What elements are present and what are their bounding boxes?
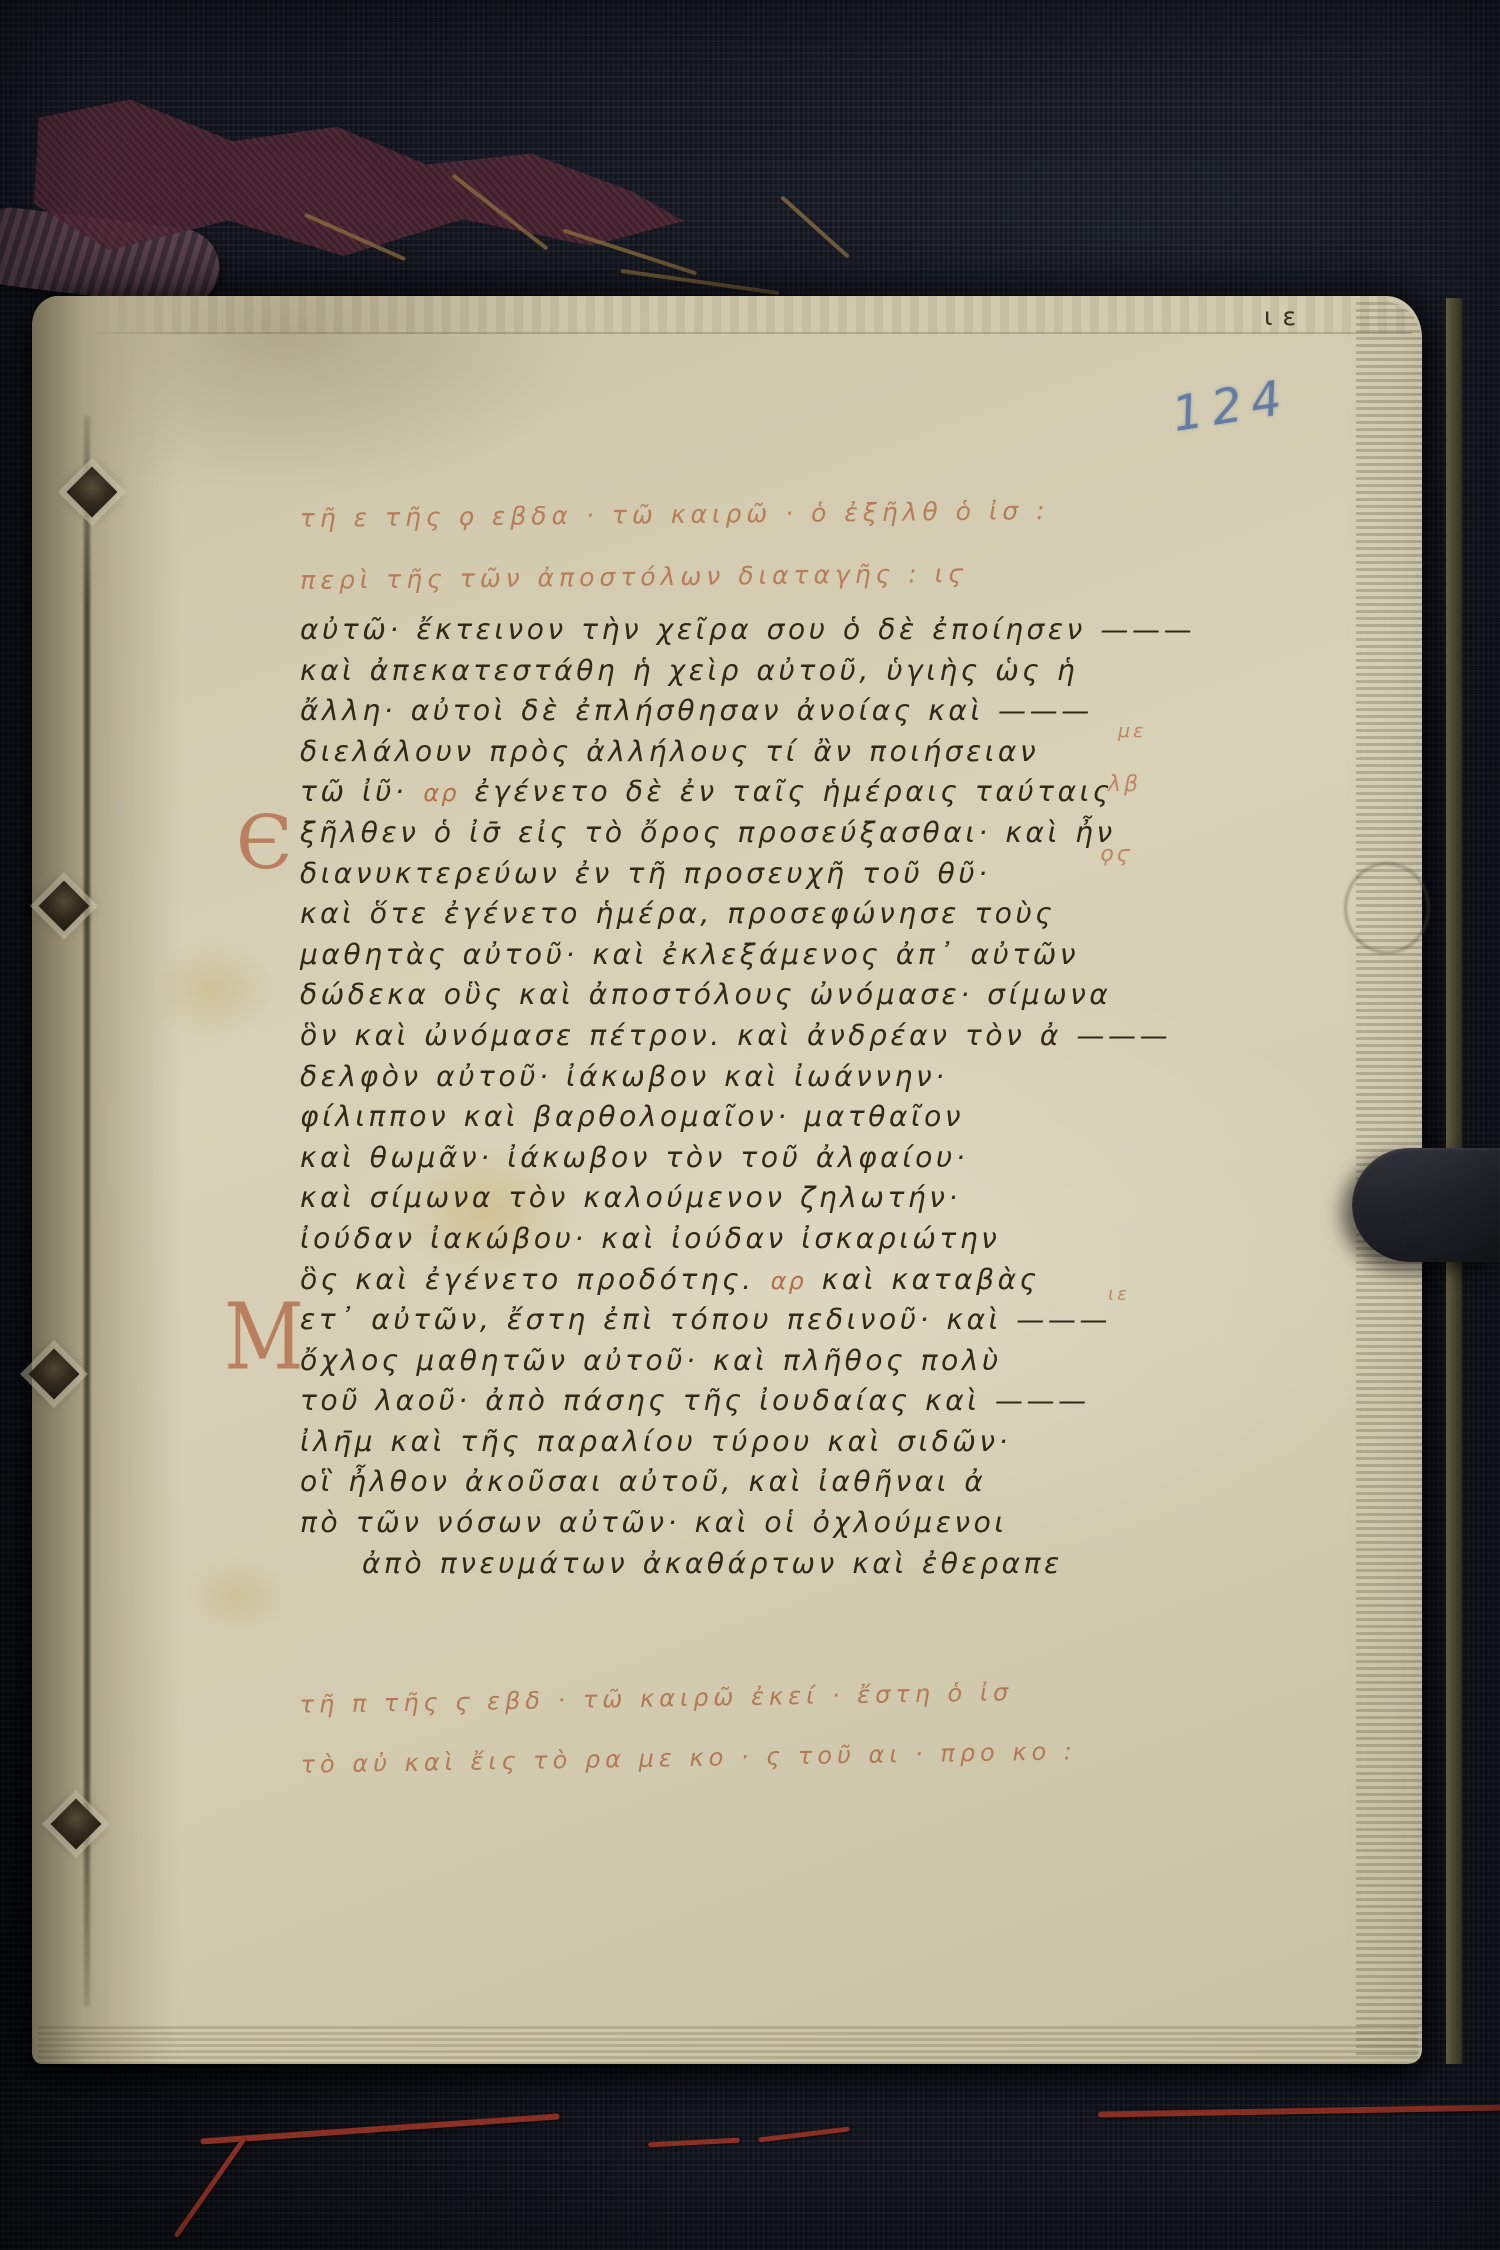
text-line: μαθητὰς αὐτοῦ· καὶ ἐκλεξάμενος ἀπ᾽ αὐτῶν — [300, 935, 1160, 976]
leather-strap — [1352, 1148, 1500, 1262]
text-line: οἳ ἦλθον ἀκοῦσαι αὐτοῦ, καὶ ἰαθῆναι ἀ — [300, 1462, 1160, 1503]
text-line: δελφὸν αὐτοῦ· ἰάκωβον καὶ ἰωάννην· — [300, 1057, 1160, 1098]
main-text-block: αὐτῶ· ἔκτεινον τὴν χεῖρα σου ὁ δὲ ἐποίησ… — [300, 610, 1160, 1584]
text-line-segment: καὶ σίμωνα τὸν καλούμενον ζηλωτήν· — [300, 1181, 961, 1214]
text-line: τοῦ λαοῦ· ἀπὸ πάσης τῆς ἰουδαίας καὶ ——— — [300, 1381, 1160, 1422]
text-line: ξῆλθεν ὁ ἰσ̄ εἰς τὸ ὄρος προσεύξασθαι· κ… — [300, 813, 1160, 854]
text-line: αὐτῶ· ἔκτεινον τὴν χεῖρα σου ὁ δὲ ἐποίησ… — [300, 610, 1160, 651]
spine-crease — [84, 416, 90, 2006]
margin-section-number: ιε — [1108, 1284, 1130, 1305]
text-line-segment: ἄλλη· αὐτοὶ δὲ ἐπλήσθησαν ἀνοίας καὶ ——— — [300, 694, 1093, 727]
photo-scene: ιε 124 τῆ ε τῆς ϙ εβδα · τῶ καιρῶ · ὁ ἐξ… — [0, 0, 1500, 2250]
footer-rubric: τῆ π τῆς ϛ εβδ · τῶ καιρῶ ἐκεί · ἔστη ὁ … — [299, 1661, 1077, 1795]
margin-section-number: με — [1118, 720, 1146, 742]
text-line: καὶ ἀπεκατεστάθη ἡ χεὶρ αὐτοῦ, ὑγιὴς ὡς … — [300, 651, 1160, 692]
text-line: ὃν καὶ ὠνόμασε πέτρον. καὶ ἀνδρέαν τὸν ἀ… — [300, 1016, 1160, 1057]
text-line: δώδεκα οὓς καὶ ἀποστόλους ὠνόμασε· σίμων… — [300, 975, 1160, 1016]
header-rubric-line2: περὶ τῆς τῶν ἀποστόλων διαταγῆς : ιϛ — [300, 542, 1050, 612]
page-top-edges — [46, 296, 1412, 334]
text-line-segment: οἳ ἦλθον ἀκοῦσαι αὐτοῦ, καὶ ἰαθῆναι ἀ — [300, 1465, 986, 1498]
text-line-segment: ετ᾽ αὐτῶν, ἔστη ἐπὶ τόπου πεδινοῦ· καὶ —… — [300, 1303, 1111, 1336]
text-line-segment: διανυκτερεύων ἐν τῆ προσευχῆ τοῦ θῦ· — [300, 857, 991, 890]
stitch-thread — [1098, 2104, 1500, 2117]
text-line: ετ᾽ αὐτῶν, ἔστη ἐπὶ τόπου πεδινοῦ· καὶ —… — [300, 1300, 1160, 1341]
margin-section-number: ϙϛ — [1100, 842, 1132, 867]
text-line: ὃς καὶ ἐγένετο προδότης.αρκαὶ καταβὰς — [300, 1260, 1160, 1301]
text-line-segment: ξῆλθεν ὁ ἰσ̄ εἰς τὸ ὄρος προσεύξασθαι· κ… — [300, 816, 1116, 849]
strap-ghost-ring — [1344, 862, 1430, 954]
decorated-initial-mu: Μ — [224, 1292, 304, 1384]
text-line: τῶ ἰῦ·αρἐγένετο δὲ ἐν ταῖς ἡμέραις ταύτα… — [300, 772, 1160, 813]
margin-section-number: λβ — [1108, 772, 1141, 797]
stitch-thread — [174, 2137, 247, 2238]
text-line-segment: ἐγένετο δὲ ἐν ταῖς ἡμέραις ταύταις — [474, 775, 1112, 808]
text-line-segment: καὶ καταβὰς — [822, 1263, 1040, 1296]
text-line: ὄχλος μαθητῶν αὐτοῦ· καὶ πλῆθος πολὺ — [300, 1341, 1160, 1382]
page-bottom-edges — [38, 2026, 1418, 2064]
header-rubric-line1: τῆ ε τῆς ϙ εβδα · τῶ καιρῶ · ὁ ἐξῆλθ ὁ ἰ… — [299, 480, 1049, 550]
footer-rubric-line2: τὸ αὐ καὶ ἔις τὸ ρα με κο · ς τοῦ αι · π… — [300, 1721, 1077, 1795]
text-line-segment: τῶ ἰῦ· — [300, 775, 407, 808]
folio-number-pencil: 124 — [1168, 369, 1294, 443]
text-line: διελάλουν πρὸς ἀλλήλους τί ἂν ποιήσειαν — [300, 732, 1160, 773]
text-line-segment: ἰούδαν ἰακώβου· καὶ ἰούδαν ἰσκαριώτην — [300, 1222, 1000, 1255]
text-line-segment: φίλιππον καὶ βαρθολομαῖον· ματθαῖον — [300, 1100, 964, 1133]
text-line: καὶ σίμωνα τὸν καλούμενον ζηλωτήν· — [300, 1178, 1160, 1219]
text-line: καὶ θωμᾶν· ἰάκωβον τὸν τοῦ ἀλφαίου· — [300, 1138, 1160, 1179]
quire-signature: ιε — [1264, 302, 1306, 331]
lection-mark: αρ — [771, 1267, 806, 1295]
text-line-segment: πὸ τῶν νόσων αὐτῶν· καὶ οἱ ὀχλούμενοι — [300, 1506, 1007, 1539]
stitch-thread — [648, 2138, 740, 2148]
text-line-segment: δώδεκα οὓς καὶ ἀποστόλους ὠνόμασε· σίμων… — [300, 978, 1111, 1011]
text-line-segment: καὶ ἀπεκατεστάθη ἡ χεὶρ αὐτοῦ, ὑγιὴς ὡς … — [300, 654, 1078, 687]
text-line-segment: τοῦ λαοῦ· ἀπὸ πάσης τῆς ἰουδαίας καὶ ——— — [300, 1384, 1090, 1417]
decorated-initial-epsilon: Є — [236, 806, 293, 880]
text-line-segment: δελφὸν αὐτοῦ· ἰάκωβον καὶ ἰωάννην· — [300, 1060, 948, 1093]
stitch-thread — [758, 2126, 850, 2142]
text-line-segment: μαθητὰς αὐτοῦ· καὶ ἐκλεξάμενος ἀπ᾽ αὐτῶν — [300, 938, 1079, 971]
text-line-segment: καὶ ὅτε ἐγένετο ἡμέρα, προσεφώνησε τοὺς — [300, 897, 1055, 930]
text-line-segment: καὶ θωμᾶν· ἰάκωβον τὸν τοῦ ἀλφαίου· — [300, 1141, 968, 1174]
text-line: ἄλλη· αὐτοὶ δὲ ἐπλήσθησαν ἀνοίας καὶ ——— — [300, 691, 1160, 732]
text-line-segment: ἀπὸ πνευμάτων ἀκαθάρτων καὶ ἐθεραπε — [362, 1547, 1063, 1580]
header-rubric: τῆ ε τῆς ϙ εβδα · τῶ καιρῶ · ὁ ἐξῆλθ ὁ ἰ… — [299, 480, 1050, 612]
text-line-segment: ὃν καὶ ὠνόμασε πέτρον. καὶ ἀνδρέαν τὸν ἀ… — [300, 1019, 1171, 1052]
text-line: ἰούδαν ἰακώβου· καὶ ἰούδαν ἰσκαριώτην — [300, 1219, 1160, 1260]
manuscript-page: ιε 124 τῆ ε τῆς ϙ εβδα · τῶ καιρῶ · ὁ ἐξ… — [32, 296, 1422, 2064]
text-line: ἀπὸ πνευμάτων ἀκαθάρτων καὶ ἐθεραπε — [300, 1544, 1160, 1585]
stitch-thread — [200, 2113, 560, 2144]
gutter-shadow — [32, 296, 182, 2064]
text-line-segment: διελάλουν πρὸς ἀλλήλους τί ἂν ποιήσειαν — [300, 735, 1039, 768]
text-line-segment: ὃς καὶ ἐγένετο προδότης. — [300, 1263, 755, 1296]
text-line-segment: ἰλη̄μ καὶ τῆς παραλίου τύρου καὶ σιδῶν· — [300, 1425, 1011, 1458]
text-line: καὶ ὅτε ἐγένετο ἡμέρα, προσεφώνησε τοὺς — [300, 894, 1160, 935]
text-line: διανυκτερεύων ἐν τῆ προσευχῆ τοῦ θῦ· — [300, 854, 1160, 895]
lection-mark: αρ — [423, 779, 458, 807]
text-line: φίλιππον καὶ βαρθολομαῖον· ματθαῖον — [300, 1097, 1160, 1138]
text-line-segment: αὐτῶ· ἔκτεινον τὴν χεῖρα σου ὁ δὲ ἐποίησ… — [300, 613, 1195, 646]
text-line: πὸ τῶν νόσων αὐτῶν· καὶ οἱ ὀχλούμενοι — [300, 1503, 1160, 1544]
text-line: ἰλη̄μ καὶ τῆς παραλίου τύρου καὶ σιδῶν· — [300, 1422, 1160, 1463]
text-line-segment: ὄχλος μαθητῶν αὐτοῦ· καὶ πλῆθος πολὺ — [300, 1344, 1002, 1377]
